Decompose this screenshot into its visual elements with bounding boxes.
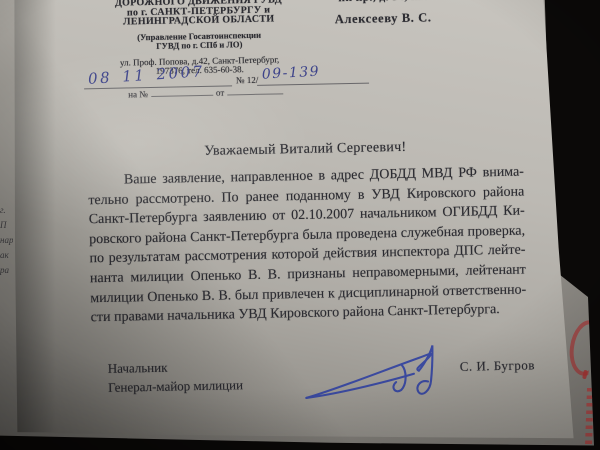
document-photo: г. П нар ак ра ДОРОЖНОГО ДВИЖЕНИЯ ГУВД п…	[0, 0, 600, 450]
handwritten-number: 09-139	[261, 64, 320, 83]
ref-blank-line	[151, 95, 213, 97]
text-fragment: нар	[0, 233, 13, 248]
text-fragment: ак	[0, 248, 13, 263]
signer-position-line: Генерал-майор милиции	[108, 376, 243, 397]
signer-name: С. И. Бугров	[460, 357, 535, 375]
handwritten-signature-icon	[301, 341, 466, 410]
ref-blank-line	[227, 93, 283, 95]
red-stamp-icon	[566, 318, 600, 379]
under-sheet-text-fragments: г. П нар ак ра	[0, 203, 13, 278]
salutation: Уважаемый Виталий Сергеевич!	[87, 138, 523, 163]
ref-label-from: от	[216, 88, 225, 98]
letter-body: Ваше заявление, направленное в адрес ДОБ…	[88, 163, 527, 328]
date-number-row: 08 11 2007 № 12/ 09-139 на №от	[84, 62, 405, 102]
text-fragment: П	[0, 218, 13, 233]
signer-position: Начальник Генерал-майор милиции	[108, 357, 244, 397]
red-stamp-serial-marks	[585, 388, 594, 446]
photo-frame: г. П нар ак ра ДОРОЖНОГО ДВИЖЕНИЯ ГУВД п…	[0, 0, 600, 450]
red-stamp-mark	[582, 370, 588, 380]
addressee-name: Алексееву В. С.	[335, 10, 432, 27]
letter-paper: ДОРОЖНОГО ДВИЖЕНИЯ ГУВД по г. САНКТ-ПЕТЕ…	[0, 0, 600, 450]
text-fragment: ра	[0, 263, 13, 278]
number-underline	[257, 83, 369, 86]
number-prefix: № 12/	[236, 75, 259, 85]
addressee-address-fragment: ий пр., д. 54, кв. 42	[338, 0, 443, 4]
text-fragment: г.	[0, 203, 13, 218]
reference-line: на №от	[128, 86, 283, 99]
ref-label-on: на №	[128, 89, 148, 99]
letter-content: ДОРОЖНОГО ДВИЖЕНИЯ ГУВД по г. САНКТ-ПЕТЕ…	[0, 0, 600, 450]
